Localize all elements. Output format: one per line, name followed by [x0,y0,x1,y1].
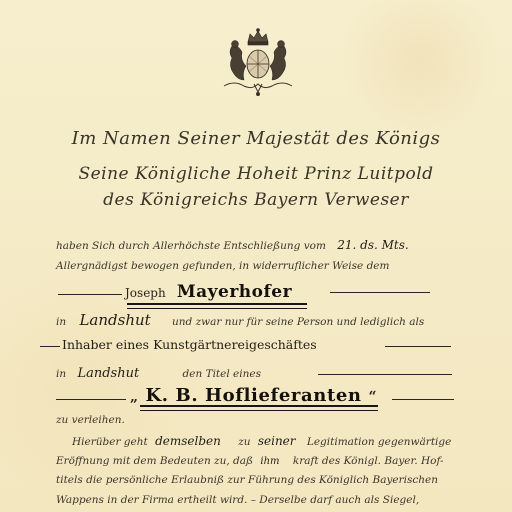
preposition: in [56,316,66,328]
title-underline [140,405,378,411]
decision-date: 21. ds. Mts. [337,238,408,252]
body-line-6: in Landshut den Titel eines [56,366,261,381]
place-2: Landshut [77,366,139,381]
awarded-title: „ K. B. Hoflieferanten “ [130,385,377,406]
decision-text: haben Sich durch Allerhöchste Entschließ… [56,240,326,252]
place-1: Landshut [79,311,150,329]
recipient-name: Joseph Mayerhofer [125,282,292,302]
preposition: in [56,368,66,380]
text: Hierüber geht [72,436,148,448]
close-quote: “ [369,389,378,405]
certificate-page: Im Namen Seiner Majestät des Königs Sein… [0,0,512,512]
text: Eröffnung mit dem Bedeuten zu, daß [56,455,253,467]
person-clause: und zwar nur für seine Person und ledigl… [172,316,424,328]
body-line-2: Allergnädigst bewogen gefunden, in wider… [56,260,389,272]
body-line-11: titels die persönliche Erlaubniß zur Füh… [56,474,438,486]
heading-line-2: Seine Königliche Hoheit Prinz Luitpold [0,164,512,184]
rule-title-left [56,399,126,400]
text: zu [238,436,250,448]
bavarian-coat-of-arms-icon [218,26,298,98]
body-line-1: haben Sich durch Allerhöchste Entschließ… [56,238,409,252]
fill-ihm: ihm [260,456,279,467]
heading-line-3: des Königreichs Bayern Verweser [0,190,512,210]
title-clause: den Titel eines [183,368,261,380]
body-line-9: Hierüber geht demselben zu seiner Legiti… [72,434,451,448]
rule-left [58,294,122,295]
body-line-4: in Landshut und zwar nur für seine Perso… [56,311,424,329]
rule-line-6 [318,374,452,375]
open-quote: „ [130,389,139,405]
recipient-last-name: Mayerhofer [177,282,292,302]
fill-seiner: seiner [258,434,296,448]
body-line-10: Eröffnung mit dem Bedeuten zu, daß ihm k… [56,455,444,467]
recipient-first-name: Joseph [125,286,166,300]
text: kraft des Königl. Bayer. Hof- [293,455,444,467]
rule-title-right [392,399,454,400]
rule-right [330,292,430,293]
body-line-12: Wappens in der Firma ertheilt wird. – De… [56,494,419,506]
awarded-title-text: K. B. Hoflieferanten [146,385,362,406]
rule-occ-left [40,346,60,347]
recipient-underline [127,303,307,309]
body-line-8: zu verleihen. [56,414,125,426]
occupation: Inhaber eines Kunstgärtnereigeschäftes [62,337,317,352]
heading-line-1: Im Namen Seiner Majestät des Königs [0,128,512,149]
fill-demselben: demselben [155,434,221,448]
rule-occ-right [385,346,451,347]
text: Legitimation gegenwärtige [307,436,451,448]
